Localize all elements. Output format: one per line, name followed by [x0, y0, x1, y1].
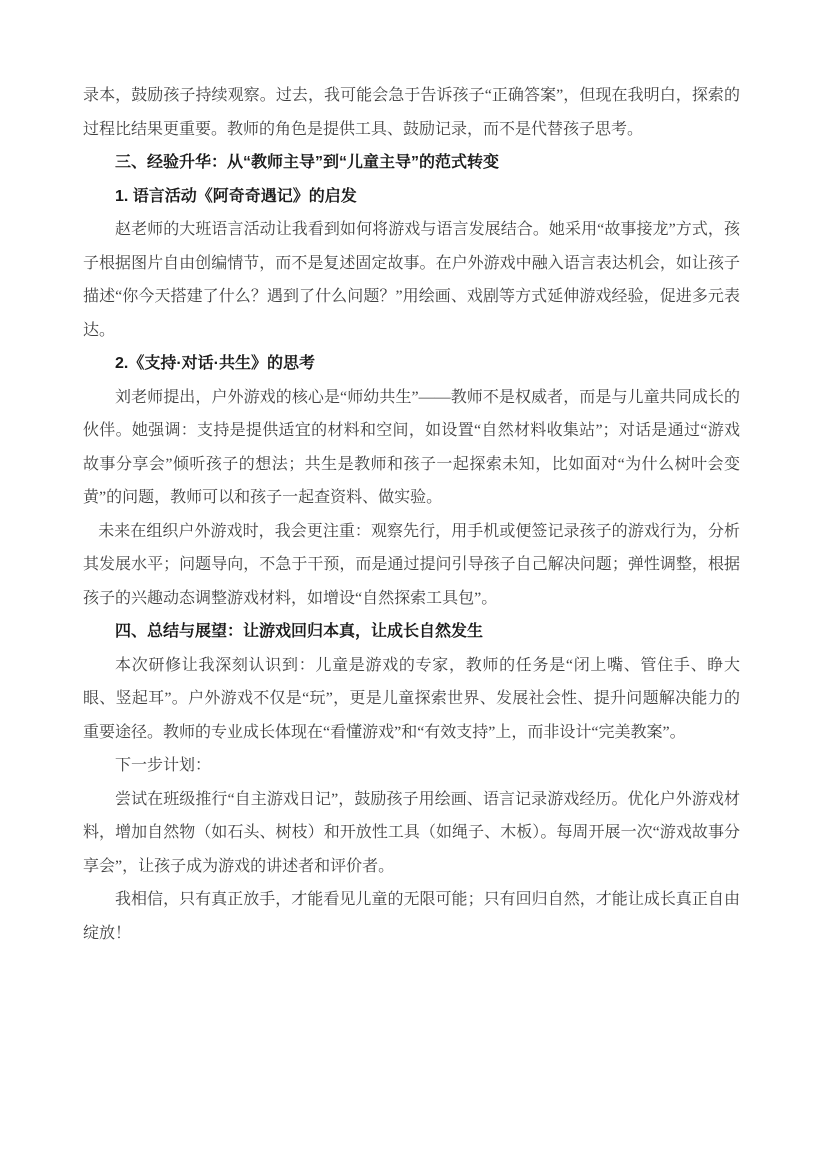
paragraph: 录本，鼓励孩子持续观察。过去，我可能会急于告诉孩子“正确答案”，但现在我明白，探… — [83, 79, 740, 146]
sub-heading: 2.《支持·对话·共生》的思考 — [83, 347, 740, 381]
paragraph: 本次研修让我深刻认识到：儿童是游戏的专家，教师的任务是“闭上嘴、管住手、睁大眼、… — [83, 649, 740, 750]
paragraph: 刘老师提出，户外游戏的核心是“师幼共生”——教师不是权威者，而是与儿童共同成长的… — [83, 381, 740, 515]
section-heading: 四、总结与展望：让游戏回归本真，让成长自然发生 — [83, 615, 740, 649]
document-body: 录本，鼓励孩子持续观察。过去，我可能会急于告诉孩子“正确答案”，但现在我明白，探… — [83, 79, 740, 950]
paragraph: 赵老师的大班语言活动让我看到如何将游戏与语言发展结合。她采用“故事接龙”方式，孩… — [83, 213, 740, 347]
paragraph: 未来在组织户外游戏时，我会更注重：观察先行，用手机或便签记录孩子的游戏行为，分析… — [83, 515, 740, 616]
paragraph: 下一步计划： — [83, 749, 740, 783]
paragraph: 我相信，只有真正放手，才能看见儿童的无限可能；只有回归自然，才能让成长真正自由绽… — [83, 883, 740, 950]
sub-heading: 1. 语言活动《阿奇奇遇记》的启发 — [83, 180, 740, 214]
paragraph: 尝试在班级推行“自主游戏日记”，鼓励孩子用绘画、语言记录游戏经历。优化户外游戏材… — [83, 783, 740, 884]
document-page: 录本，鼓励孩子持续观察。过去，我可能会急于告诉孩子“正确答案”，但现在我明白，探… — [0, 0, 827, 1170]
section-heading: 三、经验升华：从“教师主导”到“儿童主导”的范式转变 — [83, 146, 740, 180]
